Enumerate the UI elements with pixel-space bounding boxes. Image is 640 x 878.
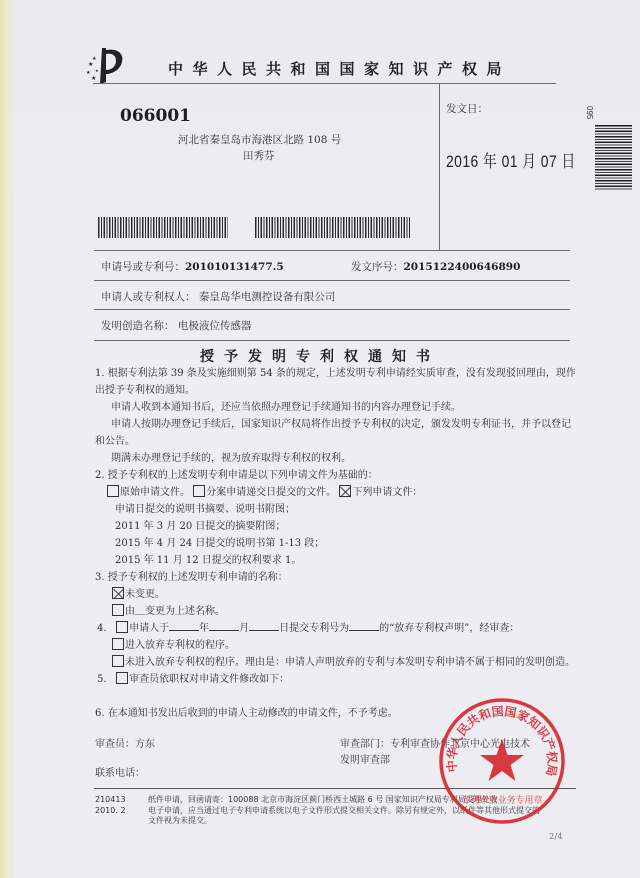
document-title: 授予发明专利权通知书: [0, 346, 640, 366]
checkbox-name-unchanged[interactable]: [112, 587, 124, 599]
file-item: 2011 年 3 月 20 日提交的摘要附图；: [95, 518, 576, 535]
invention-label: 发明创造名称：: [101, 320, 175, 332]
form-code-2: 2010. 2: [95, 806, 126, 817]
side-code: 095: [585, 106, 594, 119]
postcode: 066001: [120, 106, 191, 126]
para2-heading: 2. 授予专利权的上述发明专利申请是以下列申请文件为基础的：: [95, 467, 576, 484]
barcode-1: [98, 217, 228, 238]
applicant-label: 申请人或专利权人：: [101, 291, 196, 303]
application-number-label: 申请号或专利号：: [101, 261, 185, 273]
option-waiver-not-entered: 未进入放弃专利权的程序。理由是：申请人声明放弃的专利与本发明专利申请不属于相同的…: [125, 657, 575, 668]
info-rule-4: [94, 340, 570, 341]
serial-number: 2015122400646890: [404, 261, 521, 273]
file-item: 2015 年 4 月 24 日提交的说明书第 1-13 段；: [95, 535, 576, 552]
recipient-name: 田秀芬: [243, 148, 275, 163]
svg-text:★: ★: [88, 61, 93, 68]
serial-number-row: 发文序号：2015122400646890: [351, 259, 520, 274]
file-item: 申请日提交的说明书摘要、说明书附图；: [95, 501, 576, 518]
checkbox-name-changed[interactable]: [112, 604, 124, 616]
barcode-2: [255, 217, 410, 238]
option-following-files: 下列申请文件：: [352, 487, 422, 498]
info-rule-2: [94, 280, 570, 281]
option-name-changed: 由＿变更为上述名称。: [125, 606, 225, 617]
scan-edge: [0, 0, 14, 878]
para4-text-b: 的“放弃专利权声明”，经审查：: [379, 623, 519, 634]
para1-line4: 申请人按期办理登记手续后，国家知识产权局将作出授予专利权的决定，颁发发明专利证书…: [95, 416, 576, 433]
dept-label: 审查部门：: [340, 739, 390, 750]
para4-year: 年: [199, 623, 209, 634]
phone-label: 联系电话：: [95, 764, 145, 779]
svg-text:★: ★: [92, 56, 97, 62]
application-number: 201010131477.5: [185, 261, 284, 273]
para1-line2: 出授予专利权的通知。: [95, 382, 576, 399]
para1-line6: 期满未办理登记手续的，视为放弃取得专利权的权利。: [95, 450, 576, 467]
para4-number: 4.: [97, 623, 107, 634]
serial-number-label: 发文序号：: [351, 261, 404, 273]
application-number-row: 申请号或专利号：201010131477.5: [101, 259, 284, 274]
examiner-name: 方东: [135, 739, 155, 750]
para2-options: 原始申请文件。 分案申请递交日提交的文件。 下列申请文件：: [95, 484, 576, 501]
day-blank[interactable]: [249, 621, 279, 631]
checkbox-following-files[interactable]: [339, 485, 351, 497]
invention-name: 电极液位传感器: [178, 320, 252, 332]
para5-text: 审查员依职权对申请文件修改如下：: [129, 674, 289, 685]
svg-text:★: ★: [91, 75, 96, 82]
para4-text-a: 申请人于: [129, 623, 169, 634]
issue-date-label: 发文日：: [446, 101, 488, 116]
checkbox-waiver[interactable]: [116, 621, 128, 633]
option-divisional-files: 分案申请递交日提交的文件。: [206, 487, 336, 498]
para1-line5: 和公告。: [95, 433, 576, 450]
applicant: 秦皇岛华电测控设备有限公司: [199, 291, 336, 303]
year-blank[interactable]: [169, 621, 199, 631]
info-rule-1: [94, 250, 570, 251]
dept-line2: 发明审查部: [340, 751, 390, 766]
file-item: 2015 年 11 月 12 日提交的权利要求 1。: [95, 552, 576, 569]
option-waiver-entered: 进入放弃专利权的程序。: [125, 640, 235, 651]
svg-text:★: ★: [95, 68, 99, 73]
para1-line1: 1. 根据专利法第 39 条及实施细则第 54 条的规定，上述发明专利申请经实质…: [95, 365, 576, 382]
header-rule: [93, 83, 556, 84]
form-code-1: 210413: [95, 795, 126, 806]
option-original-files: 原始申请文件。: [120, 487, 190, 498]
page-number: 2/4: [549, 832, 563, 842]
checkbox-waiver-not-entered[interactable]: [112, 655, 124, 667]
side-barcode: [595, 125, 632, 191]
header-divider: [439, 83, 440, 250]
checkbox-divisional-files[interactable]: [193, 485, 205, 497]
info-rule-3: [94, 309, 570, 310]
para4-day: 日提交专利号为: [279, 623, 349, 634]
official-seal-icon: 中华人民共和国国家知识产权局 专利审查业务专用章: [436, 695, 568, 827]
issue-date: 2016 年 01 月 07 日: [446, 147, 576, 172]
checkbox-waiver-entered[interactable]: [112, 638, 124, 650]
agency-name: 中华人民共和国国家知识产权局: [168, 58, 511, 79]
para5-number: 5.: [97, 674, 107, 685]
recipient-address: 河北省秦皇岛市海港区北路 108 号: [178, 132, 341, 147]
month-blank[interactable]: [209, 621, 239, 631]
option-name-unchanged: 未变更。: [125, 589, 165, 600]
applicant-row: 申请人或专利权人： 秦皇岛华电测控设备有限公司: [101, 289, 335, 304]
checkbox-original-files[interactable]: [107, 485, 119, 497]
para4-month: 月: [239, 623, 249, 634]
checkbox-examiner-amend[interactable]: [116, 672, 128, 684]
para1-line3: 申请人收到本通知书后，还应当依照办理登记手续通知书的内容办理登记手续。: [95, 399, 576, 416]
notice-body: 1. 根据专利法第 39 条及实施细则第 54 条的规定，上述发明专利申请经实质…: [95, 365, 576, 722]
svg-text:专利审查业务专用章: 专利审查业务专用章: [461, 794, 542, 806]
patent-number-blank[interactable]: [349, 621, 379, 631]
para3-heading: 3. 授予专利权的上述发明专利申请的名称：: [95, 569, 576, 586]
examiner-label: 审查员：: [95, 739, 135, 750]
invention-row: 发明创造名称： 电极液位传感器: [101, 318, 251, 333]
